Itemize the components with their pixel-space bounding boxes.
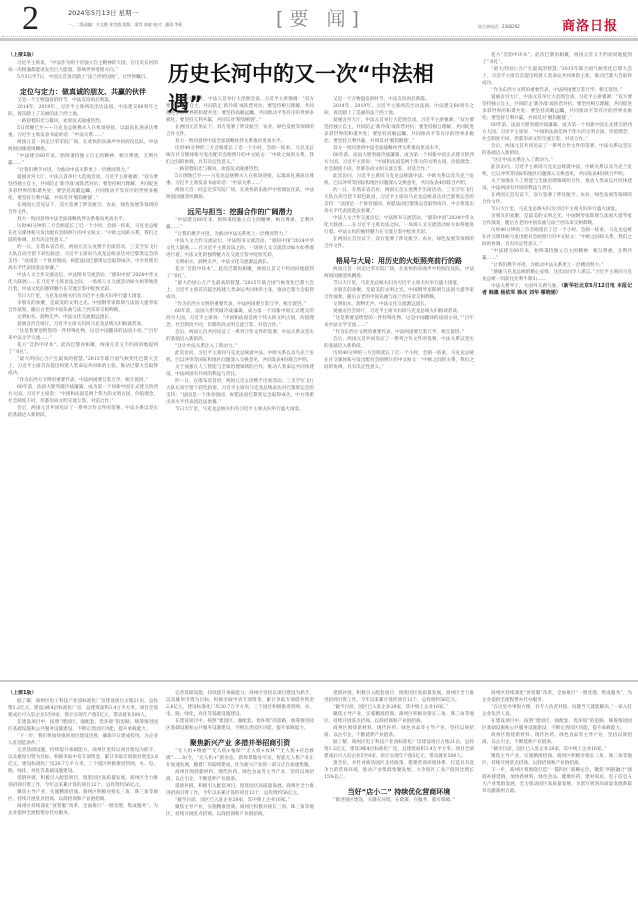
paragraph: “无人机+物流”“无人机+植保”“无人机+农林”“无人机+应急救援”……如今，“…	[166, 748, 314, 769]
paragraph: “让我们携手并进，为推动中法关系更上一层楼而努力。”	[166, 231, 314, 238]
subheading: 当好“店小二” 持续优化营商环境	[324, 788, 474, 797]
department-phone: 综合部电话：2366292	[478, 24, 520, 30]
article2-column-2: 完善基础设施，持续提升承载能力。商州区坚持以项目建设为抓手，以及雄厚引资为目标，…	[166, 690, 314, 910]
paragraph: 2014年、2019年，习近平主席两次出访法国。中法建交60周年之际，再次踏上了…	[8, 104, 158, 118]
paragraph: 一路迎着阳光与微风，欢迎仪式隆重热烈。	[8, 118, 158, 125]
paragraph: 60年前，法国大胆突破冷战藩篱，成为第一个同新中国正式建交的西方大国。习近平主席…	[324, 152, 474, 173]
article1-column-1: （上接1版） 习近平主席说，“中法作为两个有独立自主精神的大国，在历史长河的每一…	[8, 52, 158, 644]
jump-label: （上接1版）	[8, 690, 158, 697]
paragraph: “作为东西方文明的重要代表，中法两国要互鉴互学、相互促进。”	[482, 87, 632, 94]
paragraph: 据了解，商州区电子科技产业园标准化厂房建设项目占地21亩，总投资1.2亿元，建设…	[324, 739, 474, 760]
closing-line: 中法关系甲子，大国外交新气象。	[491, 284, 561, 289]
article1-column-3: 又是一个万物盎发的时节，中法友谊再启新篇。 2014年、2019年，习近平主席两…	[324, 96, 474, 644]
paragraph: 节日大厅里，马克龙总统夫妇为习近平主席夫妇举行盛大国宴。	[166, 406, 314, 413]
paragraph: “在这里办事很方便，有专人负责对接，问题当天就能解决。”一家入驻企业负责人说。	[482, 704, 632, 718]
paragraph: 聚焦主导产业，实施精准招商。商州区积极对接长三角、珠三角等地区，持续开展驻点招商…	[482, 753, 632, 767]
paragraph: 两国元首一同走过荣军院广场，在欢快的乐曲声中检阅仪仗队，中法两国国旗迎风飘扬。	[8, 139, 158, 153]
paragraph: 会后，两国元首共同见证了一系列合作文件的签署，中法关系以坚实的基础迈入新阶段。	[482, 143, 632, 157]
paragraph: 商州区围绕新材料、现代医药、绿色食品等主导产业，坚持以商招商、以企引企，不断延伸…	[482, 732, 632, 746]
paragraph: “下一步，我们将加快推进项目建设进度，确保早日建成投用，为企业入驻创造条件。”	[8, 733, 158, 747]
paragraph: “这是我要送给您的一件特殊礼物，这是中国翻译的法国小说，”“百年来中法文学交流……	[324, 315, 474, 329]
paragraph: “截至目前，园区已入驻企业28家，其中规上企业16家。”	[166, 797, 314, 804]
paragraph: 双方一致同意将中法全面战略伙伴关系推向更高水平。	[166, 138, 314, 145]
paragraph: 聚焦主导产业，实施精准招商。商州区积极对接长三角、珠三角等地区，持续开展驻点招商…	[166, 804, 314, 818]
paragraph: 亲朋友的欢聚，是最美的文明之光。中国钢琴家郎朗与法国大提琴家合作演奏，随后古老的…	[482, 213, 632, 227]
paragraph: “作为东西方文明的重要代表，中法两国要互鉴互学、相互促进。”	[8, 377, 158, 384]
header-divider	[2, 36, 636, 37]
paragraph: 双方一致同意将中法全面战略伙伴关系推向更高水平。	[8, 216, 158, 223]
paragraph: 在建设项目中，按照“建园区、强配套、优环境”的思路，统筹推进园区基础设施和公共服…	[8, 719, 158, 733]
paragraph: 爱丽舍宫大厅，中法元首举行大范围会谈。习近平主席强调：“双方要坚持独立自主，共同…	[8, 174, 158, 202]
paragraph: 文明如水，润物无声。中法文化交流源远流长。	[166, 259, 314, 266]
paragraph: “作为东西方文明的重要代表，中法两国要互鉴互学、相互促进。”	[324, 329, 474, 336]
paragraph: 会后，两国元首共同见证了一系列合作文件的签署，中法关系以坚实的基础迈入新阶段。	[324, 336, 474, 350]
paragraph: 此次访问，习近平主席同马克龙总统就中法、中欧关系以及乌克兰危机、巴以冲突等国际和…	[166, 350, 314, 364]
paragraph: 关于加强在人工智能与全球治理领域的合作，推动人类命运共同体建设，中法两国有共同的…	[482, 178, 632, 192]
subheading: 远见与担当：挖掘合作的广阔潜力	[166, 208, 314, 217]
paragraph: 约一日，在塔布省首府，两国元首五度携手出席活动。三支空军飞行大队在高空留下彩色轨…	[324, 187, 474, 215]
paragraph: 商州区围绕新材料、现代医药、绿色食品等主导产业，坚持以商招商、以企引企，不断延伸…	[324, 725, 474, 739]
paragraph: 花方“音韵中译本”。此次巴黎再相聚，两国元首又不约而同地提到了“书礼”。	[166, 266, 314, 280]
paragraph: 据了解，商州区电子科技产业园标准化厂房建设项目占地21亩，总投资1.2亿元，建设…	[8, 698, 158, 719]
paragraph: 下一步，商州区将围绕打造“一都四区”战略定位，聚焦“两链融合”强链补链延链，加快…	[482, 767, 632, 795]
paragraph: 亲朋友的欢聚，是最美的文明之光。中国钢琴家郎朗与法国大提琴家合作演奏，随后古老的…	[324, 287, 474, 301]
top-rule	[0, 38, 638, 41]
paragraph: 2014年、2019年，习近平主席两次出访法国。中法建交60周年之际，再次踏上了…	[324, 103, 474, 117]
newspaper-logo: 商洛日报	[562, 15, 618, 34]
paragraph: 60年前，法国大胆突破冷战藩篱，成为第一个同新中国正式建交的西方大国。习近平主席…	[166, 308, 314, 329]
paragraph: “最大的国心合产生最高的智慧。”2015年联合国气候变化巴黎大会上，习近平主席首…	[166, 280, 314, 301]
subheading: 格局与大局：用历史的火炬照亮前行的路	[324, 257, 474, 266]
paragraph: 5日傍晚已至——马克龙总统携夫人在机场迎接，以最高礼遇表达尊重。习近平主席发表书…	[8, 125, 158, 139]
paragraph: 亲朋友的欢聚，是最美的文明之光。中国钢琴家郎朗与法国大提琴家合作演奏，随后古老的…	[8, 300, 158, 314]
paragraph: 约一日，在塔布省首府，两国元首五度携手出席活动。三支空军飞行大队在高空留下彩色轨…	[166, 378, 314, 406]
paragraph: 约一日，在塔布省首府，两国元首五度携手出席活动。三支空军飞行大队在高空留下彩色轨…	[8, 244, 158, 272]
paragraph: 在两国元首见证下，双方签署了涉及航空、农业、绿色发展等领域的合作文件。	[8, 202, 158, 216]
paragraph: 蒸全位，并针对商洛园区支持政策，搭建营商环境体系，打造具有竞争力的营商环境，推动…	[324, 760, 474, 781]
paragraph: 双方一致同意将中法全面战略伙伴关系推向更高水平。	[324, 145, 474, 152]
paragraph: “感谢马克龙总统的精心安排，这次访问令人难忘。”习近平主席同马克龙总统一同前往比…	[482, 269, 632, 283]
paragraph: 中法人文合作交流论坛、中法图书交流活动、“感知中国”2024中华文化大联展……在…	[166, 238, 314, 259]
paragraph: 在建设项目中，按照“建园区、强配套、优环境”的思路，统筹推进园区基础设施和公共服…	[166, 718, 314, 732]
paragraph: 延链补链，积极引入配套项目，推进园区高质量发展。商州区全力推进招商引资工作，今年…	[166, 783, 314, 797]
paragraph: 在两国元首见证下，双方签署了涉及航空、农业、绿色发展等领域的合作文件。	[324, 236, 474, 250]
paragraph: 爱丽舍宫大厅，中法元首举行大范围会谈。习近平主席强调：“双方要坚持独立自主，共同…	[166, 96, 314, 124]
paragraph: “最大的国心合产生最高的智慧。”2015年联合国气候变化巴黎大会上，习近平主席首…	[8, 356, 158, 377]
paragraph: 习近平主席说，“中法作为两个有独立自主精神的大国，在历史长河的每一次相遇都能迸发…	[8, 60, 158, 74]
article1-column-4: 花方“音韵中译本”。此次巴黎再相聚，两国元首又不约而同地提到了“书礼”。 “最大…	[482, 52, 632, 662]
paragraph: 历时40分钟的三方会晤延长了近一个小时，会晤一结束，马克龙总统在社交媒体账号发出…	[166, 145, 314, 166]
paragraph: “让我们携手并进，为推动中法关系更上一层楼而努力。”	[482, 262, 632, 269]
page-header: 2 2024年5月13日 星期一 一、二版责编：吉文皓 张雪霞 组版：梁青 郭驼…	[0, 0, 638, 36]
paragraph: 两国元首一同走过荣军院广场，在欢快的乐曲声中检阅仪仗队，中法两国国旗迎风飘扬。	[324, 266, 474, 280]
paragraph: 爱丽舍宫大厅，中法元首举行大范围会谈。习近平主席强调：“双方要坚持独立自主，共同…	[324, 117, 474, 145]
paragraph: 花方“音韵中译本”。此次巴黎再相聚，两国元首又不约而同地提到了“书礼”。	[8, 342, 158, 356]
section-label: [要 闻]	[276, 4, 365, 31]
paragraph: 5月5日至7日，中国元首再次踏上“法兰西的国度”，让世界瞩目。	[8, 74, 158, 81]
article2-column-3: 延链补链，积极引入配套项目，推进园区高质量发展。商州区全力推进招商引资工作，今年…	[324, 690, 474, 910]
paragraph: “中法建交60年来，始终秉持独立自主的精神，相互尊重、互利共赢……”	[166, 217, 314, 231]
paragraph: 5日傍晚已至——马克龙总统携夫人在机场迎接，以最高礼遇表达尊重。习近平主席发表书…	[166, 173, 314, 187]
paragraph: 中法人文合作交流论坛、中法图书交流活动、“感知中国”2024中华文化大联展……在…	[8, 272, 158, 293]
paragraph: “截至目前，园区已入驻企业28家，其中规上企业16家。”	[324, 704, 474, 711]
paragraph: 爱丽舍宫会场厅，习近平主席夫妇同马克龙总统夫妇相谈甚欢。	[8, 321, 158, 328]
paragraph: 节日大厅里，马克龙总统夫妇为习近平主席夫妇举行盛大国宴。	[482, 206, 632, 213]
editor-credits: 一、二版责编：吉文皓 张雪霞 组版：梁青 郭驼 校对：潘清 李莉	[68, 22, 182, 28]
paragraph: 完善基础设施，持续提升承载能力。商州区坚持以项目建设为抓手，以及雄厚引资为目标，…	[8, 747, 158, 775]
paragraph: “这是我要送给您的一件特殊礼物，这是中国翻译的法国小说，”“百年来中法文学交流……	[8, 328, 158, 342]
paragraph: 中法关系甲子，大国外交新气象。（新华社北京5月12日电 本报记者 韩墨 杨依军 …	[482, 283, 632, 297]
article2-column-4: 商州区持续深化“放管服”改革，全面推行“一窗受理、集成服务”，为企业提供全流程帮…	[482, 690, 632, 910]
paragraph: “最大的国心合产生最高的智慧。”2015年联合国气候变化巴黎大会上，习近平主席首…	[482, 66, 632, 87]
paragraph: 此次访问，习近平主席同马克龙总统就中法、中欧关系以及乌克兰危机、巴以冲突等国际和…	[482, 164, 632, 178]
paragraph: 此次访问，习近平主席同马克龙总统就中法、中欧关系以及乌克兰危机、巴以冲突等国际和…	[324, 173, 474, 187]
paragraph: 在建设项目中，按照“建园区、强配套、优环境”的思路，统筹推进园区基础设施和公共服…	[482, 718, 632, 732]
paragraph: 完善基础设施，持续提升承载能力。商州区坚持以项目建设为抓手，以及雄厚引资为目标，…	[166, 690, 314, 718]
paragraph: 在两国元首见证下，双方签署了涉及航空、农业、绿色发展等领域的合作文件。	[166, 124, 314, 138]
article1-column-2: 爱丽舍宫大厅，中法元首举行大范围会谈。习近平主席强调：“双方要坚持独立自主，共同…	[166, 96, 314, 644]
paragraph: 又是一个万物盎发的时节，中法友谊再启新篇。	[8, 97, 158, 104]
paragraph: “让我们携手并进，为推动中法关系更上一层楼而努力。”	[8, 167, 158, 174]
subheading: 定位与定力：做真诚的朋友、共赢的伙伴	[8, 88, 158, 97]
paragraph: 文明如水，润物无声。中法文化交流源远流长。	[8, 314, 158, 321]
paragraph: 60年前，法国大胆突破冷战藩篱，成为第一个同新中国正式建交的西方大国。习近平主席…	[8, 384, 158, 405]
paragraph: 在两国元首见证下，双方签署了涉及航空、农业、绿色发展等领域的合作文件。	[482, 192, 632, 206]
jump-label: （上接1版）	[8, 52, 158, 59]
paragraph: 爱丽舍宫大厅，中法元首举行大范围会谈。习近平主席强调：“双方要坚持独立自主，共同…	[482, 94, 632, 122]
paragraph: “中法建交60年来，始终秉持独立自主的精神，相互尊重、互利共赢……”	[482, 248, 632, 262]
article2-column-1: （上接1版） 据了解，商州区电子科技产业园标准化厂房建设项目占地21亩，总投资1…	[8, 690, 158, 910]
page-number: 2	[22, 2, 39, 36]
paragraph: 节日大厅里，马克龙总统夫妇为习近平主席夫妇举行盛大国宴。	[324, 280, 474, 287]
paragraph: 两国元首一同走过荣军院广场，在欢快的乐曲声中检阅仪仗队，中法两国国旗迎风飘扬。	[166, 187, 314, 201]
paragraph: 中法人文合作交流论坛、中法图书交流活动、“感知中国”2024中华文化大联展……在…	[324, 215, 474, 236]
paragraph: “这让中法关系注入了新动力。”	[482, 157, 632, 164]
paragraph: 关于加强在人工智能与全球治理领域的合作，推动人类命运共同体建设，中法两国有共同的…	[166, 364, 314, 378]
paragraph: 花方“音韵中译本”。此次巴黎再相聚，两国元首又不约而同地提到了“书礼”。	[482, 52, 632, 66]
paragraph: 历时40分钟的三方会晤延长了近一个小时，会晤一结束，马克龙总统在社交媒体账号发出…	[8, 223, 158, 244]
paragraph: “这让中法关系注入了新动力。”	[166, 343, 314, 350]
issue-date: 2024年5月13日 星期一	[68, 8, 138, 17]
paragraph: 节日大厅里，马克龙总统夫妇为习近平主席夫妇举行盛大国宴。	[8, 293, 158, 300]
paragraph: 商州区持续深化“放管服”改革，全面推行“一窗受理、集成服务”，为企业提供全流程帮…	[8, 803, 158, 817]
paragraph: 60年前，法国大胆突破冷战藩篱，成为第一个同新中国正式建交的西方大国。习近平主席…	[482, 122, 632, 143]
section-divider	[0, 680, 638, 682]
paragraph: 历时40分钟的三方会晤延长了近一个小时，会晤一结束，马克龙总统在社交媒体账号发出…	[324, 350, 474, 371]
paragraph: 聚焦主导产业，实施精准招商。商州区积极对接长三角、珠三角等地区，持续开展驻点招商…	[324, 711, 474, 725]
paragraph: 会后，两国元首共同见证了一系列合作文件的签署，中法关系以坚实的基础迈入新阶段。	[8, 405, 158, 419]
paragraph: 历时40分钟的三方会晤延长了近一个小时，会晤一结束，马克龙总统在社交媒体账号发出…	[482, 227, 632, 248]
paragraph: “截至目前，园区已入驻企业28家，其中规上企业16家。”	[482, 746, 632, 753]
paragraph: 延链补链，积极引入配套项目，推进园区高质量发展。商州区全力推进招商引资工作，今年…	[324, 690, 474, 704]
paragraph: 延链补链，积极引入配套项目，推进园区高质量发展。商州区全力推进招商引资工作，今年…	[8, 775, 158, 789]
paragraph: 文明如水，润物无声。中法文化交流源远流长。	[324, 301, 474, 308]
paragraph: 会后，两国元首共同见证了一系列合作文件的签署，中法关系以坚实的基础迈入新阶段。	[166, 329, 314, 343]
paragraph: “作为东西方文明的重要代表，中法两国要互鉴互学、相互促进。”	[166, 301, 314, 308]
paragraph: “中法建交60年来，始终秉持独立自主的精神，相互尊重、互利共赢……”	[8, 153, 158, 167]
paragraph: 爱丽舍宫会场厅，习近平主席夫妇同马克龙总统夫妇相谈甚欢。	[324, 308, 474, 315]
subheading: 聚焦新兴产业 多措并举招商引资	[166, 739, 314, 748]
paragraph: 商州区围绕新材料、现代医药、绿色食品等主导产业，坚持以商招商、以企引企，不断延伸…	[166, 769, 314, 783]
paragraph: 商州区持续深化“放管服”改革，全面推行“一窗受理、集成服务”，为企业提供全流程帮…	[482, 690, 632, 704]
paragraph: 又是一个万物盎发的时节，中法友谊再启新篇。	[324, 96, 474, 103]
paragraph: “推进园区建设，关键在环境，在政策，在服务，都有保障。”	[324, 797, 474, 804]
paragraph: 聚焦主导产业，实施精准招商。商州区积极对接长三角、珠三角等地区，持续开展驻点招商…	[8, 789, 158, 803]
paragraph: 一路迎着阳光与微风，欢迎仪式隆重热烈。	[166, 166, 314, 173]
